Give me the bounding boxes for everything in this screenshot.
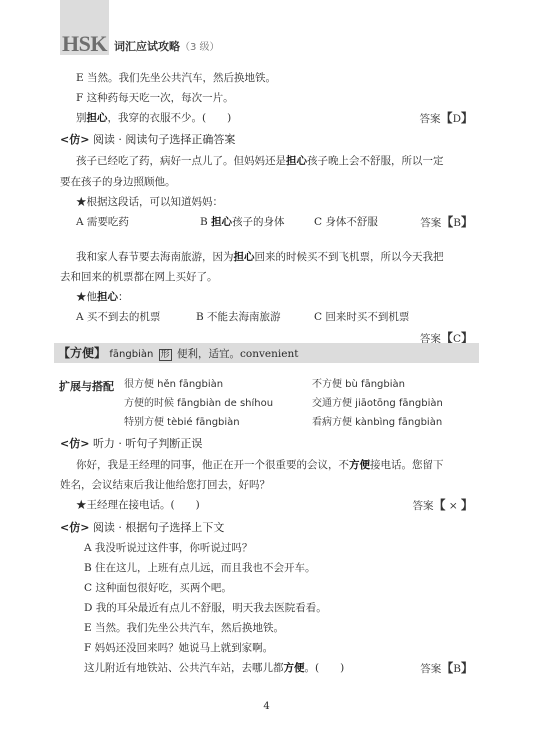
book-title-text: 词汇应试攻略 [114, 40, 180, 53]
entry-definition: 便利，适宜。convenient [177, 348, 298, 360]
context-question: 这儿附近有地铁站、公共汽车站，去哪儿都方便。( ) [84, 661, 344, 675]
listening-line-2: 姓名，会议结束后我让他给您打回去，好吗？ [60, 478, 270, 492]
hsk-logo: HSK [62, 31, 107, 57]
q1-answer: 答案【B】 [420, 215, 473, 230]
q2-option-a: A 买不到去的机票 [76, 310, 160, 324]
section-heading-listening: <仿> 听力 · 听句子判断正误 [60, 437, 202, 451]
entry-word: 【方便】 [58, 346, 106, 360]
entry-pinyin: fāngbiàn [109, 349, 153, 360]
listening-answer: 答案【 × 】 [412, 498, 473, 513]
answer-value: D [453, 113, 461, 125]
context-option-d: D 我的耳朵最近有点儿不舒服，明天我去医院看看。 [84, 601, 327, 615]
part-of-speech-badge: 形 [159, 349, 172, 361]
context-answer: 答案【B】 [420, 661, 473, 676]
page-number: 4 [0, 701, 533, 712]
context-option-a: A 我没听说过这件事，你听说过吗？ [84, 541, 252, 555]
collocation-item: 看病方便 kànbìng fāngbiàn [312, 416, 442, 430]
collocation-item: 交通方便 jiāotōng fāngbiàn [312, 397, 443, 411]
vocab-entry: 【方便】 fāngbiàn 形 便利，适宜。convenient [58, 346, 298, 362]
context-option-b: B 住在这儿，上班有点儿远，而且我也不会开车。 [84, 561, 316, 575]
section-heading-reading-1: <仿> 阅读 · 阅读句子选择正确答案 [60, 133, 235, 147]
listening-question: ★王经理在接电话。( ) [76, 498, 200, 512]
section-heading-reading-2: <仿> 阅读 · 根据句子选择上下文 [60, 521, 224, 535]
option-f-prev: F 这种药每天吃一次，每次一片。 [76, 91, 234, 105]
collocation-item: 很方便 hěn fāngbiàn [124, 378, 223, 392]
question-2: ★他担心： [76, 290, 129, 304]
context-option-f: F 妈妈还没回来吗？她说马上就到家啊。 [84, 641, 273, 655]
q1-option-b: B 担心孩子的身体 [200, 215, 285, 229]
passage-1-line-2: 要在孩子的身边照顾他。 [60, 175, 176, 189]
passage-2-line-2: 去和回来的机票都在网上买好了。 [60, 270, 218, 284]
q2-option-c: C 回来时买不到机票 [314, 310, 409, 324]
listening-line-1: 你好，我是王经理的同事，他正在开一个很重要的会议，不方便接电话。您留下 [76, 458, 444, 472]
q2-option-b: B 不能去海南旅游 [196, 310, 281, 324]
collocation-item: 方便的时候 fāngbiàn de shíhou [124, 397, 273, 411]
keyword-bold: 担心 [87, 112, 108, 124]
q1-option-c: C 身体不舒服 [314, 215, 378, 229]
question-prev: 别担心，我穿的衣服不少。( ) [76, 111, 231, 125]
passage-1-line-1: 孩子已经吃了药，病好一点儿了。但妈妈还是担心孩子晚上会不舒服，所以一定 [76, 154, 444, 168]
collocation-item: 特别方便 tèbié fāngbiàn [124, 416, 240, 430]
option-e-prev: E 当然。我们先坐公共汽车，然后换地铁。 [76, 71, 276, 85]
context-option-e: E 当然。我们先坐公共汽车，然后换地铁。 [84, 621, 284, 635]
book-level: （3 级） [180, 42, 220, 53]
q1-option-a: A 需要吃药 [76, 215, 129, 229]
question-1: ★根据这段话，可以知道妈妈： [76, 195, 223, 209]
passage-2-line-1: 我和家人春节要去海南旅游，因为担心回来的时候买不到飞机票，所以今天我把 [76, 250, 444, 264]
answer-prev: 答案【D】 [420, 111, 473, 126]
collocation-item: 不方便 bù fāngbiàn [312, 378, 405, 392]
context-option-c: C 这种面包很好吃，买两个吧。 [84, 581, 232, 595]
collocations-label: 扩展与搭配 [59, 378, 114, 394]
book-title: 词汇应试攻略（3 级） [114, 38, 220, 54]
